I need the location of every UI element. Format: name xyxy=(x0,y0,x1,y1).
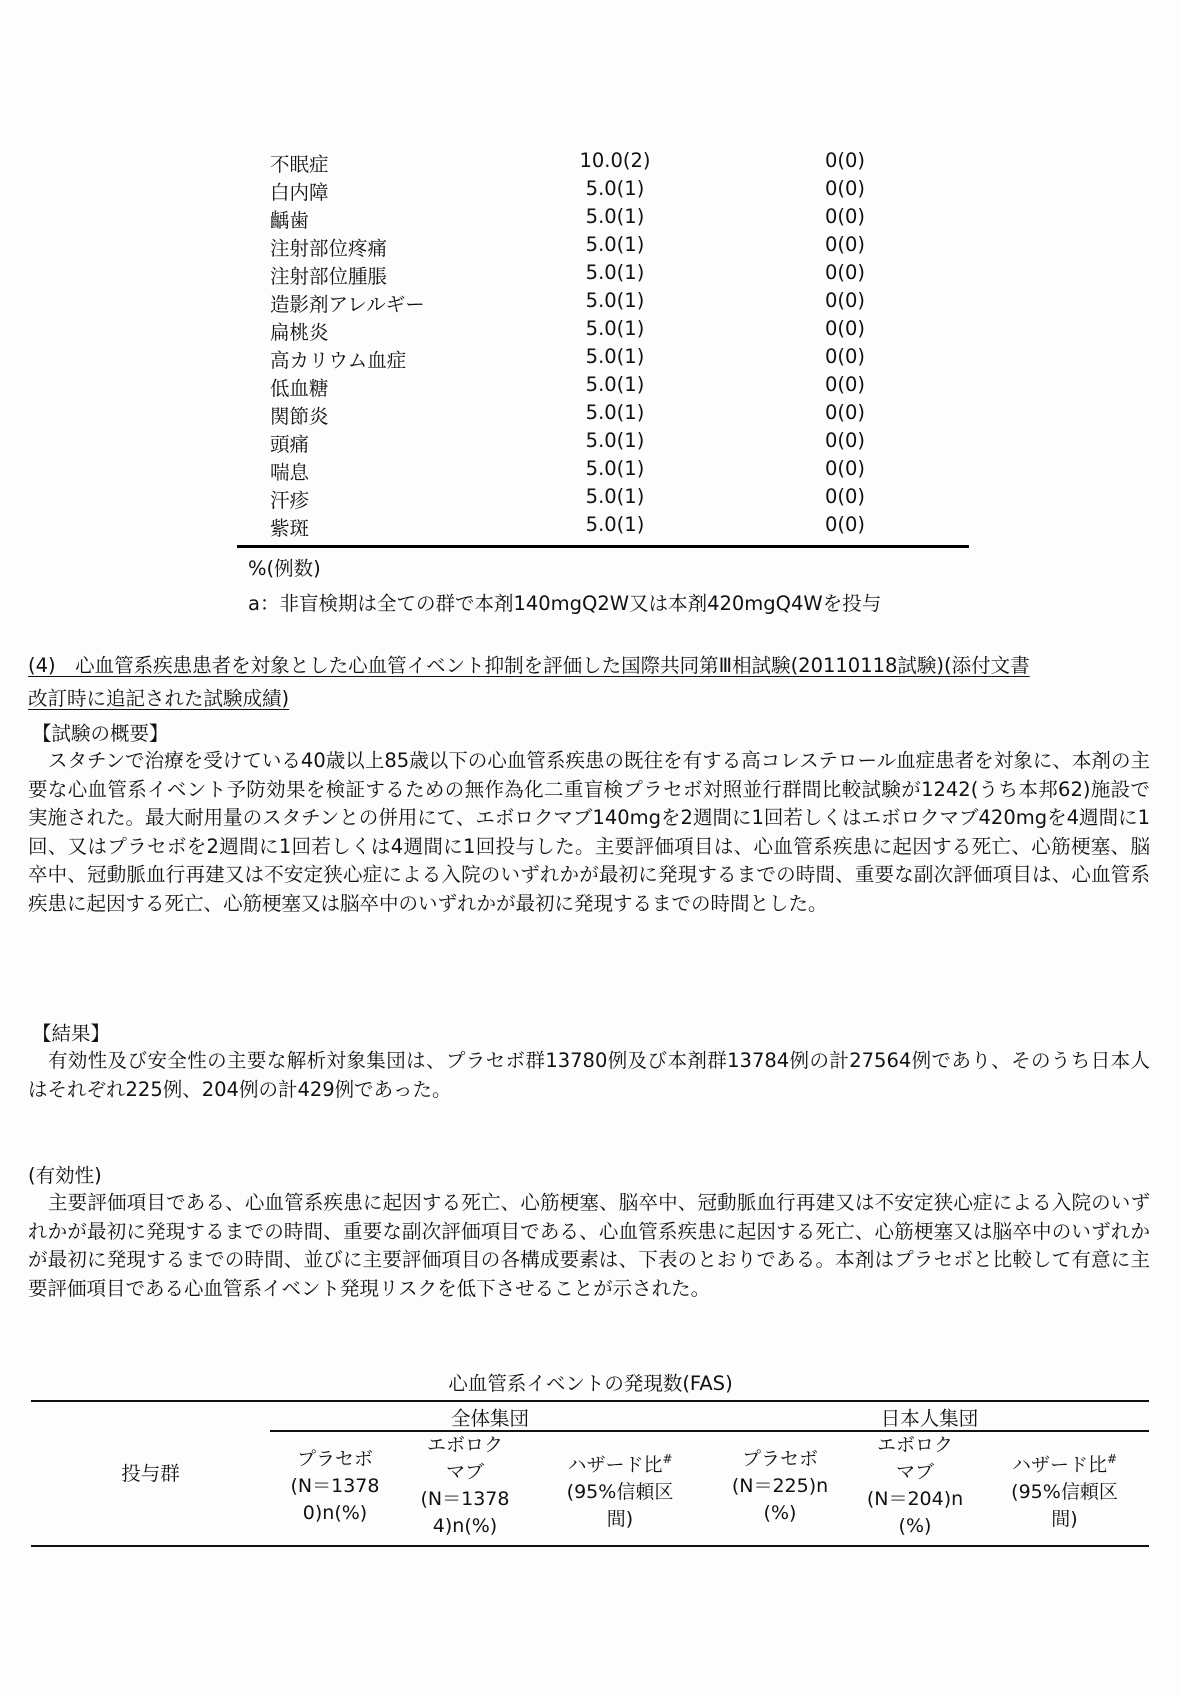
results-paragraph: 有効性及び安全性の主要な解析対象集団は、プラセボ群13780例及び本剤群1378… xyxy=(28,1047,1150,1104)
efficacy-paragraph: 主要評価項目である、心血管系疾患に起因する死亡、心筋梗塞、脳卒中、冠動脈血行再建… xyxy=(28,1189,1150,1303)
group-header-japanese: 日本人集団 xyxy=(710,1403,1149,1431)
ae-term: 汗疹 xyxy=(270,485,309,513)
ae-term: 齲歯 xyxy=(270,205,309,233)
table-row: 扁桃炎 5.0(1) 0(0) xyxy=(0,317,1181,345)
table-row: 頭痛 5.0(1) 0(0) xyxy=(0,429,1181,457)
section-heading-line1: (4) 心血管系疾患患者を対象とした心血管イベント抑制を評価した国際共同第Ⅲ相試… xyxy=(28,650,1030,678)
ae-drug-value: 5.0(1) xyxy=(540,317,690,340)
ae-drug-value: 5.0(1) xyxy=(540,233,690,256)
ae-term: 造影剤アレルギー xyxy=(270,289,425,317)
ae-placebo-value: 0(0) xyxy=(790,345,900,368)
ae-placebo-value: 0(0) xyxy=(790,233,900,256)
ae-placebo-value: 0(0) xyxy=(790,373,900,396)
ae-drug-value: 5.0(1) xyxy=(540,485,690,508)
ae-placebo-value: 0(0) xyxy=(790,317,900,340)
ae-term: 喘息 xyxy=(270,457,309,485)
table-row: 関節炎 5.0(1) 0(0) xyxy=(0,401,1181,429)
ae-drug-value: 10.0(2) xyxy=(540,149,690,172)
ae-drug-value: 5.0(1) xyxy=(540,177,690,200)
results-label: 【結果】 xyxy=(32,1018,110,1046)
table-row: 喘息 5.0(1) 0(0) xyxy=(0,457,1181,485)
ae-term: 注射部位腫脹 xyxy=(270,261,387,289)
ae-placebo-value: 0(0) xyxy=(790,177,900,200)
col-header-evolocumab-overall: エボロク マブ (N＝1378 4)n(%) xyxy=(400,1432,530,1540)
table-row: 注射部位疼痛 5.0(1) 0(0) xyxy=(0,233,1181,261)
table-row: 不眠症 10.0(2) 0(0) xyxy=(0,149,1181,177)
section-heading-line2: 改訂時に追記された試験成績) xyxy=(28,683,289,711)
ae-term: 低血糖 xyxy=(270,373,329,401)
ae-placebo-value: 0(0) xyxy=(790,289,900,312)
ae-drug-value: 5.0(1) xyxy=(540,513,690,536)
ae-drug-value: 5.0(1) xyxy=(540,373,690,396)
ae-placebo-value: 0(0) xyxy=(790,429,900,452)
ae-term: 扁桃炎 xyxy=(270,317,329,345)
table-row: 低血糖 5.0(1) 0(0) xyxy=(0,373,1181,401)
table-row: 高カリウム血症 5.0(1) 0(0) xyxy=(0,345,1181,373)
header-bottom-rule xyxy=(31,1545,1149,1547)
table-row: 造影剤アレルギー 5.0(1) 0(0) xyxy=(0,289,1181,317)
col-header-placebo-overall: プラセボ (N＝1378 0)n(%) xyxy=(270,1446,400,1527)
table-row: 汗疹 5.0(1) 0(0) xyxy=(0,485,1181,513)
ae-drug-value: 5.0(1) xyxy=(540,205,690,228)
table-row: 白内障 5.0(1) 0(0) xyxy=(0,177,1181,205)
row-header-dosing-group: 投与群 xyxy=(31,1458,270,1486)
ae-drug-value: 5.0(1) xyxy=(540,457,690,480)
ae-drug-value: 5.0(1) xyxy=(540,429,690,452)
ae-placebo-value: 0(0) xyxy=(790,205,900,228)
col-header-hazard-ratio-japanese: ハザード比# (95%信頼区 間) xyxy=(980,1446,1149,1533)
ae-term: 白内障 xyxy=(270,177,329,205)
ae-placebo-value: 0(0) xyxy=(790,261,900,284)
group-header-overall: 全体集団 xyxy=(270,1403,710,1431)
table-row: 齲歯 5.0(1) 0(0) xyxy=(0,205,1181,233)
ae-drug-value: 5.0(1) xyxy=(540,289,690,312)
footnote-unit: %(例数) xyxy=(248,553,321,581)
col-header-placebo-japanese: プラセボ (N＝225)n (%) xyxy=(710,1446,850,1527)
ae-drug-value: 5.0(1) xyxy=(540,261,690,284)
ae-drug-value: 5.0(1) xyxy=(540,345,690,368)
table-row: 注射部位腫脹 5.0(1) 0(0) xyxy=(0,261,1181,289)
efficacy-label: (有効性) xyxy=(28,1160,102,1188)
col-header-evolocumab-japanese: エボロク マブ (N＝204)n (%) xyxy=(850,1432,980,1540)
overview-label: 【試験の概要】 xyxy=(32,718,169,746)
ae-placebo-value: 0(0) xyxy=(790,401,900,424)
ae-term: 不眠症 xyxy=(270,149,329,177)
ae-placebo-value: 0(0) xyxy=(790,513,900,536)
overview-paragraph: スタチンで治療を受けている40歳以上85歳以下の心血管系疾患の既往を有する高コレ… xyxy=(28,747,1150,918)
ae-term: 頭痛 xyxy=(270,429,309,457)
ae-placebo-value: 0(0) xyxy=(790,149,900,172)
table-title: 心血管系イベントの発現数(FAS) xyxy=(0,1368,1181,1396)
ae-term: 注射部位疼痛 xyxy=(270,233,387,261)
ae-placebo-value: 0(0) xyxy=(790,457,900,480)
table-bottom-rule xyxy=(237,545,969,548)
table-row: 紫斑 5.0(1) 0(0) xyxy=(0,513,1181,541)
col-header-hazard-ratio-overall: ハザード比# (95%信頼区 間) xyxy=(530,1446,710,1533)
ae-term: 関節炎 xyxy=(270,401,329,429)
ae-term: 高カリウム血症 xyxy=(270,345,406,373)
table-top-rule xyxy=(31,1400,1149,1402)
ae-drug-value: 5.0(1) xyxy=(540,401,690,424)
footnote-a: a：非盲検期は全ての群で本剤140mgQ2W又は本剤420mgQ4Wを投与 xyxy=(248,588,881,616)
ae-placebo-value: 0(0) xyxy=(790,485,900,508)
ae-term: 紫斑 xyxy=(270,513,309,541)
